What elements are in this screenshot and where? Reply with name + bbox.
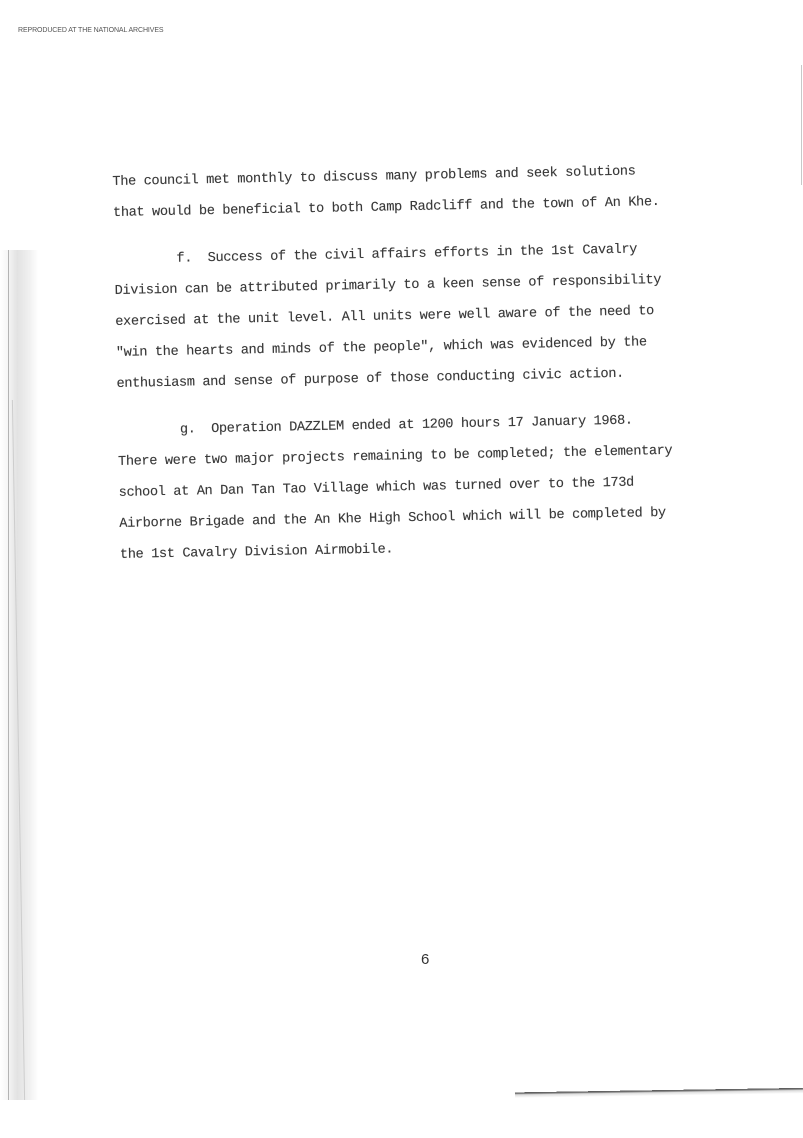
line: There were two major projects remaining … xyxy=(118,443,673,469)
archive-stamp: REPRODUCED AT THE NATIONAL ARCHIVES xyxy=(18,27,163,34)
line: enthusiasm and sense of purpose of those… xyxy=(116,366,624,391)
line: f. Success of the civil affairs efforts … xyxy=(114,242,637,267)
line: school at An Dan Tan Tao Village which w… xyxy=(119,475,635,500)
line: Airborne Brigade and the An Khe High Sch… xyxy=(119,505,666,531)
line: that would be beneficial to both Camp Ra… xyxy=(113,195,660,221)
line: The council met monthly to discuss many … xyxy=(112,164,635,189)
paragraph-g: g. Operation DAZZLEM ended at 1200 hours… xyxy=(117,396,730,563)
paragraph-council: The council met monthly to discuss many … xyxy=(112,147,723,221)
line: the 1st Cavalry Division Airmobile. xyxy=(120,542,394,562)
paragraph-f: f. Success of the civil affairs efforts … xyxy=(114,225,727,392)
line: Division can be attributed primarily to … xyxy=(114,273,661,299)
line: g. Operation DAZZLEM ended at 1200 hours… xyxy=(117,413,633,438)
page-number: 6 xyxy=(421,951,429,968)
line: "win the hearts and minds of the people"… xyxy=(116,335,647,361)
scan-edge-right xyxy=(801,65,802,185)
scan-edge-bottom xyxy=(515,1085,803,1098)
document-body: The council met monthly to discuss many … xyxy=(112,147,730,579)
line: exercised at the unit level. All units w… xyxy=(115,304,654,330)
scan-edge-shadow-left xyxy=(0,250,38,1100)
